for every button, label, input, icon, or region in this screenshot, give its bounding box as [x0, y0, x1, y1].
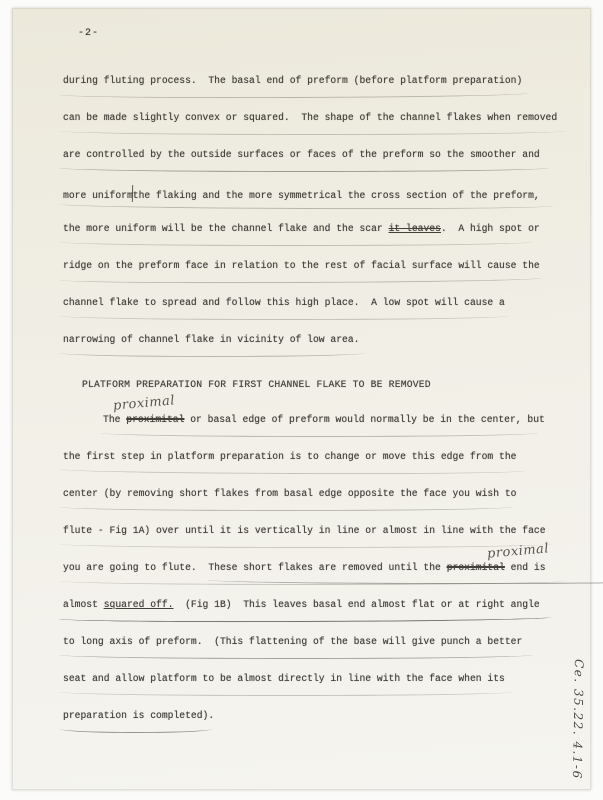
- typed-line: more uniformthe flaking and the more sym…: [63, 185, 598, 222]
- handwritten-catalog-number: Ce. 35.22. 4.1-6: [570, 659, 586, 780]
- pencil-underline: [60, 127, 565, 135]
- struck-out-text: it leaves: [389, 223, 441, 234]
- paragraph-2: proximalThe proximital or basal edge of …: [63, 413, 598, 746]
- pencil-insertion-mark: [132, 185, 133, 202]
- pencil-underline: [60, 651, 532, 659]
- typed-line: the first step in platform preparation i…: [63, 450, 598, 487]
- line-text: channel flake to spread and follow this …: [63, 297, 505, 308]
- pencil-underline: [60, 540, 552, 548]
- underlined-text: squared off.: [104, 599, 174, 610]
- pencil-underline: [60, 688, 512, 696]
- typed-line: during fluting process. The basal end of…: [63, 74, 598, 111]
- line-text: or basal edge of preform would normally …: [184, 414, 544, 425]
- typed-line: center (by removing short flakes from ba…: [63, 487, 598, 524]
- text-block: during fluting process. The basal end of…: [63, 74, 598, 746]
- pencil-underline: [60, 274, 542, 284]
- line-text: flute - Fig 1A) over until it is vertica…: [63, 525, 546, 536]
- pencil-underline: [60, 164, 548, 172]
- pencil-underline: [101, 429, 538, 437]
- typed-line: proximalyou are going to flute. These sh…: [63, 561, 598, 598]
- pencil-underline: [60, 312, 508, 320]
- typed-line: can be made slightly convex or squared. …: [63, 111, 598, 148]
- pencil-underline: [60, 465, 525, 475]
- line-text: almost: [63, 599, 104, 610]
- typed-line: to long axis of preform. (This flattenin…: [63, 635, 598, 672]
- line-text: narrowing of channel flake in vicinity o…: [63, 334, 360, 345]
- line-text: center (by removing short flakes from ba…: [63, 488, 516, 499]
- line-text: the more uniform will be the channel fla…: [63, 223, 389, 234]
- typed-line: the more uniform will be the channel fla…: [63, 222, 598, 259]
- line-text: more uniform: [63, 190, 133, 201]
- struck-out-text: proximital: [447, 562, 505, 573]
- pencil-underline: [60, 89, 528, 99]
- typed-line: narrowing of channel flake in vicinity o…: [63, 333, 598, 370]
- line-text: are controlled by the outside surfaces o…: [63, 149, 540, 160]
- pencil-underline: [60, 349, 365, 357]
- pencil-underline: [59, 613, 551, 623]
- pencil-underline: [60, 238, 532, 246]
- line-text: you are going to flute. These short flak…: [63, 562, 447, 573]
- line-text: during fluting process. The basal end of…: [63, 75, 522, 86]
- line-text: (Fig 1B) This leaves basal end almost fl…: [173, 599, 539, 610]
- heading-text: PLATFORM PREPARATION FOR FIRST CHANNEL F…: [82, 379, 431, 390]
- line-text: can be made slightly convex or squared. …: [63, 112, 557, 123]
- paragraph-1: during fluting process. The basal end of…: [63, 74, 598, 370]
- typed-line: almost squared off. (Fig 1B) This leaves…: [63, 598, 598, 635]
- pencil-underline: [60, 200, 552, 210]
- typed-line: channel flake to spread and follow this …: [63, 296, 598, 333]
- scanned-document: { "page_number": "-2-", "heading": "PLAT…: [0, 0, 603, 800]
- typed-line: are controlled by the outside surfaces o…: [63, 148, 598, 185]
- page-number: -2-: [78, 28, 99, 39]
- typewritten-page: -2- during fluting process. The basal en…: [12, 8, 591, 790]
- line-text: end is: [505, 562, 546, 573]
- typed-line: seat and allow platform to be almost dir…: [63, 672, 598, 709]
- line-text: preparation is completed).: [63, 710, 214, 721]
- line-text: The: [103, 414, 126, 425]
- line-text: to long axis of preform. (This flattenin…: [63, 636, 522, 647]
- struck-out-text: proximital: [126, 414, 184, 425]
- line-text: ridge on the preform face in relation to…: [63, 260, 540, 271]
- typed-line: preparation is completed).: [63, 709, 598, 746]
- line-text: the first step in platform preparation i…: [63, 451, 516, 462]
- pencil-underline: [60, 725, 212, 733]
- line-text: seat and allow platform to be almost dir…: [63, 673, 505, 684]
- typed-line: proximalThe proximital or basal edge of …: [63, 413, 598, 450]
- line-text: . A high spot or: [441, 223, 540, 234]
- pencil-underline: [60, 503, 512, 511]
- typed-line: ridge on the preform face in relation to…: [63, 259, 598, 296]
- line-text: the flaking and the more symmetrical the…: [133, 190, 540, 201]
